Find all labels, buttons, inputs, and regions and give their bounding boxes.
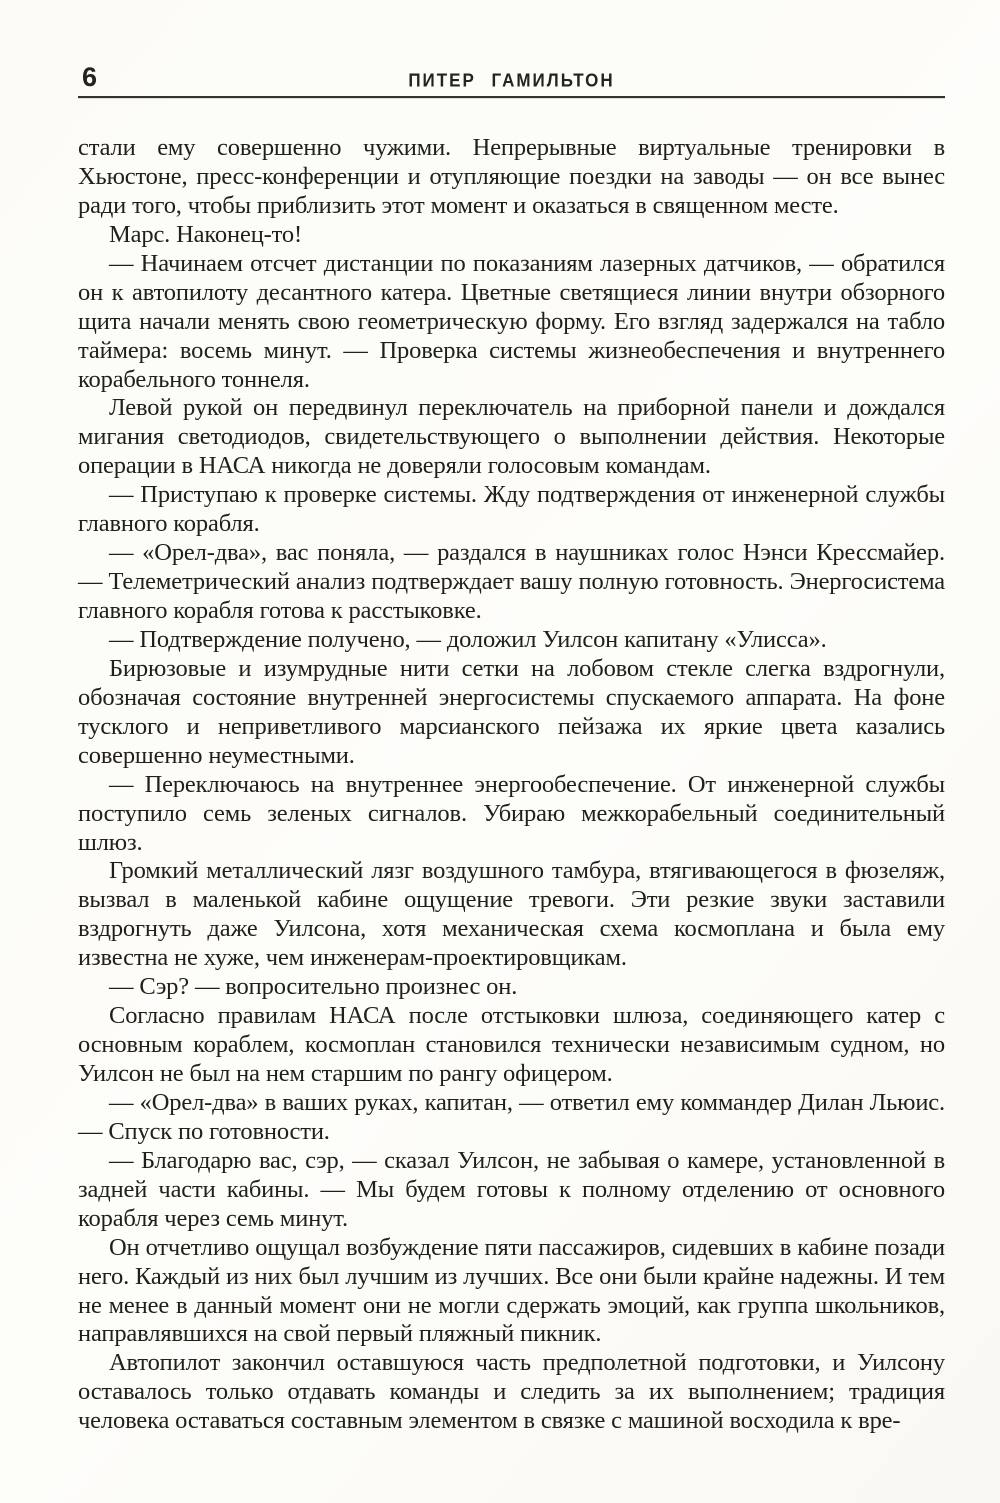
paragraph: — Начинаем отсчет дистанции по показания…: [78, 250, 945, 395]
page-header: 6 ПИТЕР ГАМИЛЬТОН: [78, 58, 945, 94]
paragraph: — Сэр? — вопросительно произнес он.: [78, 973, 945, 1002]
paragraph: — Приступаю к проверке системы. Жду подт…: [78, 481, 945, 539]
paragraph: Бирюзовые и изумрудные нити сетки на лоб…: [78, 655, 945, 771]
paragraph: — «Орел-два», вас поняла, — раздался в н…: [78, 539, 945, 626]
header-rule: [78, 96, 945, 98]
paragraph: — Подтверждение получено, — доложил Уилс…: [78, 626, 945, 655]
paragraph: Автопилот закончил оставшуюся часть пред…: [78, 1349, 945, 1436]
text-block: стали ему совершенно чужими. Непрерывные…: [78, 134, 945, 1436]
paragraph: Громкий металлический лязг воздушного та…: [78, 857, 945, 973]
paragraph: — Переключаюсь на внутреннее энергообесп…: [78, 771, 945, 858]
paragraph: Марс. Наконец-то!: [78, 221, 945, 250]
paragraph: Левой рукой он передвинул переключатель …: [78, 394, 945, 481]
paragraph: — «Орел-два» в ваших руках, капитан, — о…: [78, 1089, 945, 1147]
running-title: ПИТЕР ГАМИЛЬТОН: [78, 71, 945, 89]
paragraph: Согласно правилам НАСА после отстыковки …: [78, 1002, 945, 1089]
book-page: 6 ПИТЕР ГАМИЛЬТОН стали ему совершенно ч…: [0, 0, 1000, 1503]
paragraph: — Благодарю вас, сэр, — сказал Уилсон, н…: [78, 1147, 945, 1234]
paragraph: стали ему совершенно чужими. Непрерывные…: [78, 134, 945, 221]
paragraph: Он отчетливо ощущал возбуждение пяти пас…: [78, 1234, 945, 1350]
